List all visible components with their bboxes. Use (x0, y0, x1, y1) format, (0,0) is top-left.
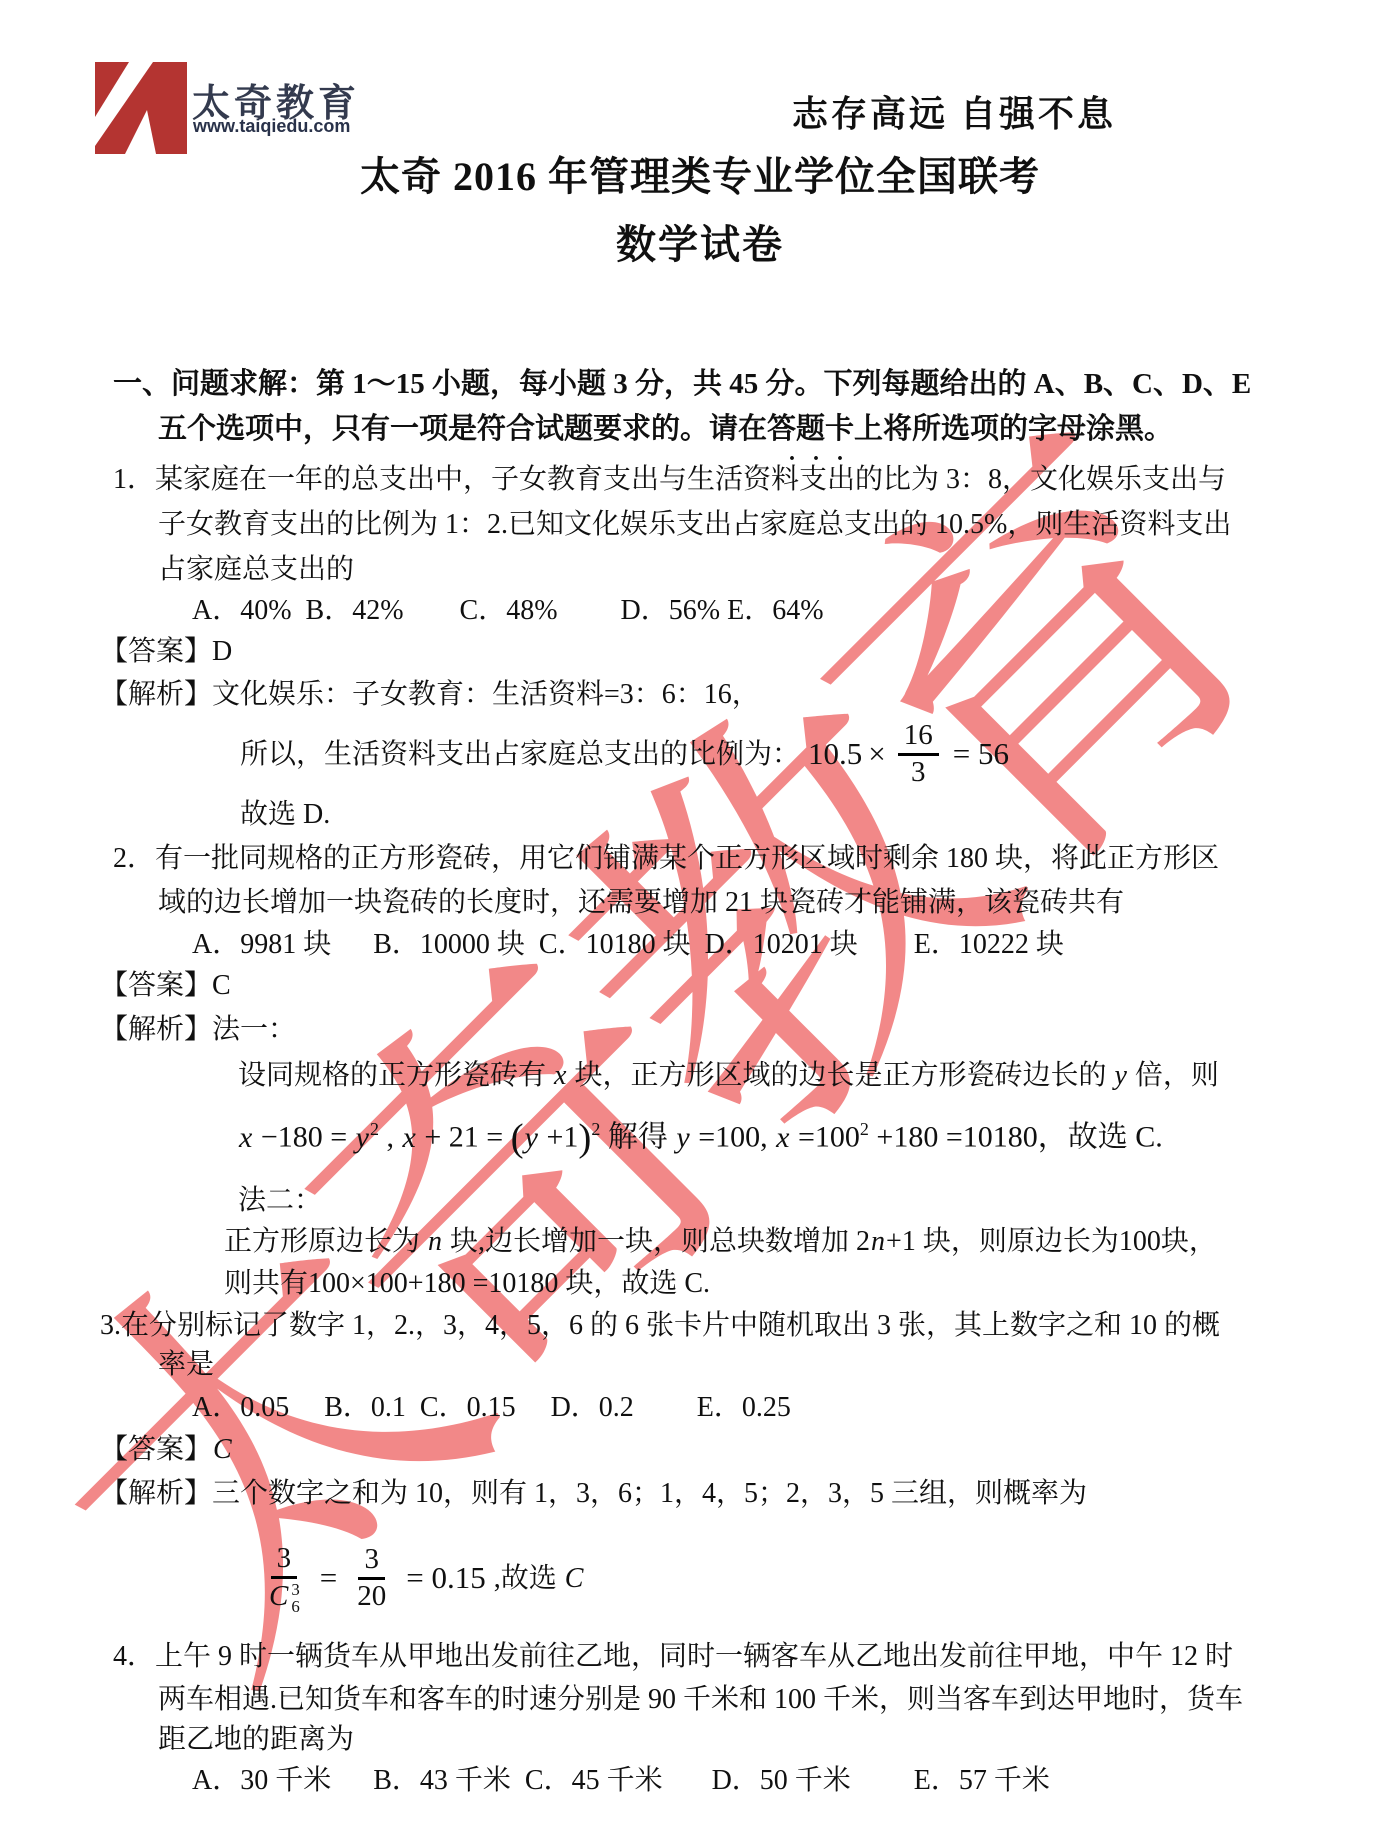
q1-math-result: = 56 (953, 735, 1009, 774)
q2-answer-value: C (212, 970, 231, 1001)
q3-line1: 3.在分别标记了数字 1，2.，3，4，5，6 的 6 张卡片中随机取出 3 张… (100, 1308, 1220, 1343)
exam-page: 太奇教育 太奇教育 www.taiqiedu.com 志存高远 自强不息 太奇 … (0, 0, 1400, 1847)
q1-line2: 子女教育支出的比例为 1：2.已知文化娱乐支出占家庭总支出的 10.5%，则生活… (158, 507, 1231, 542)
q1-line1: 1．某家庭在一年的总支出中，子女教育支出与生活资料支出的比为 3：8，文化娱乐支… (113, 462, 1226, 497)
brand-logo (95, 62, 187, 159)
q3-formula: 3 C36 = 3 20 = 0.15 ,故选 C (256, 1520, 584, 1636)
section-heading-line2: 五个选项中，只有一项是符合试题要求的。请在答题卡上将所选项的字母涂黑。 (158, 411, 1173, 447)
q4-options: A．30 千米 B．43 千米 C．45 千米 D．50 千米 E．57 千米 (192, 1763, 1050, 1798)
equals-sign: = (320, 1559, 337, 1598)
q1-math-factor: 10.5 (808, 735, 862, 774)
page-subtitle: 数学试卷 (0, 220, 1400, 270)
fraction-3-C63: 3 C36 (262, 1542, 306, 1614)
multiply-sign: × (868, 735, 885, 774)
q2-line1: 2．有一批同规格的正方形瓷砖，用它们铺满某个正方形区域时剩余 180 块，将此正… (113, 841, 1219, 876)
q3-math-result: = 0.15 (406, 1559, 485, 1598)
q2-options: A．9981 块 B．10000 块 C．10180 块 D．10201 块 E… (192, 927, 1064, 962)
q1-formula-prefix: 所以，生活资料支出占家庭总支出的比例为： (240, 737, 800, 772)
q1-conclusion: 故选 D. (240, 797, 330, 832)
combination-symbol: C (268, 1580, 289, 1613)
q3-answer-value: C (212, 1434, 233, 1465)
page-title: 太奇 2016 年管理类专业学位全国联考 (0, 152, 1400, 202)
q3-line2: 率是 (158, 1347, 214, 1382)
brand-logo-icon (95, 62, 187, 154)
q2-method1-formula: x −180 = y2 , x + 21 = (y +1)2 解得 y =100… (238, 1118, 1163, 1158)
superscript: 3 (291, 1581, 299, 1599)
analysis-label: 【解析】 (100, 1014, 212, 1045)
q1-formula-math: 10.5 × 16 3 = 56 (808, 719, 1017, 789)
fraction-3-20: 3 20 (351, 1543, 392, 1613)
slogan: 志存高远 自强不息 (792, 86, 1116, 137)
q1-answer: 【答案】D (100, 634, 232, 669)
brand-url: www.taiqiedu.com (193, 116, 350, 137)
q2-method2-label: 法二： (238, 1183, 322, 1218)
q3-chosen-option: C (564, 1561, 585, 1596)
q1-analysis-text: 文化娱乐：子女教育：生活资料=3：6：16， (212, 679, 760, 710)
q2-method2-line1: 正方形原边长为 n 块,边长增加一块，则总块数增加 2n+1 块，则原边长为10… (224, 1224, 1217, 1259)
section-heading-line1: 一、问题求解：第 1～15 小题，每小题 3 分，共 45 分。下列每题给出的 … (113, 366, 1251, 402)
q2-line2: 域的边长增加一块瓷砖的长度时，还需要增加 21 块瓷砖才能铺满，该瓷砖共有 (158, 885, 1124, 920)
q1-answer-value: D (212, 636, 232, 667)
q2-method2-line2: 则共有100×100+180 =10180 块，故选 C. (224, 1266, 710, 1301)
analysis-label: 【解析】 (100, 679, 212, 710)
q1-analysis-line1: 【解析】文化娱乐：子女教育：生活资料=3：6：16， (100, 677, 760, 712)
subscript: 6 (291, 1598, 299, 1616)
q3-answer: 【答案】C (100, 1432, 233, 1467)
q1-line3: 占家庭总支出的 (158, 552, 354, 587)
q4-line1: 4．上午 9 时一辆货车从甲地出发前往乙地，同时一辆客车从乙地出发前往甲地，中午… (113, 1639, 1233, 1674)
method1-label: 法一： (212, 1014, 296, 1045)
q2-method1-intro: 设同规格的正方形瓷砖有 x 块，正方形区域的边长是正方形瓷砖边长的 y 倍，则 (238, 1058, 1219, 1093)
answer-label: 【答案】 (100, 636, 212, 667)
q2-answer: 【答案】C (100, 968, 231, 1003)
q4-line2: 两车相遇.已知货车和客车的时速分别是 90 千米和 100 千米，则当客车到达甲… (158, 1682, 1243, 1717)
analysis-label: 【解析】 (100, 1478, 212, 1509)
q2-analysis-method1: 【解析】法一： (100, 1012, 296, 1047)
q3-formula-tail: ,故选 (494, 1561, 564, 1596)
q3-options: A．0.05 B．0.1 C．0.15 D．0.2 E．0.25 (192, 1390, 791, 1425)
answer-label: 【答案】 (100, 1434, 212, 1465)
q1-options: A．40% B．42% C．48% D．56% E．64% (192, 593, 824, 628)
q4-line3: 距乙地的距离为 (158, 1722, 354, 1757)
q3-analysis-text: 三个数字之和为 10，则有 1，3，6；1，4，5；2，3，5 三组，则概率为 (212, 1478, 1087, 1509)
answer-label: 【答案】 (100, 970, 212, 1001)
q1-analysis-formula: 所以，生活资料支出占家庭总支出的比例为： 10.5 × 16 3 = 56 (240, 710, 1017, 798)
fraction-16-3: 16 3 (898, 719, 939, 789)
q3-analysis-line1: 【解析】三个数字之和为 10，则有 1，3，6；1，4，5；2，3，5 三组，则… (100, 1476, 1087, 1511)
